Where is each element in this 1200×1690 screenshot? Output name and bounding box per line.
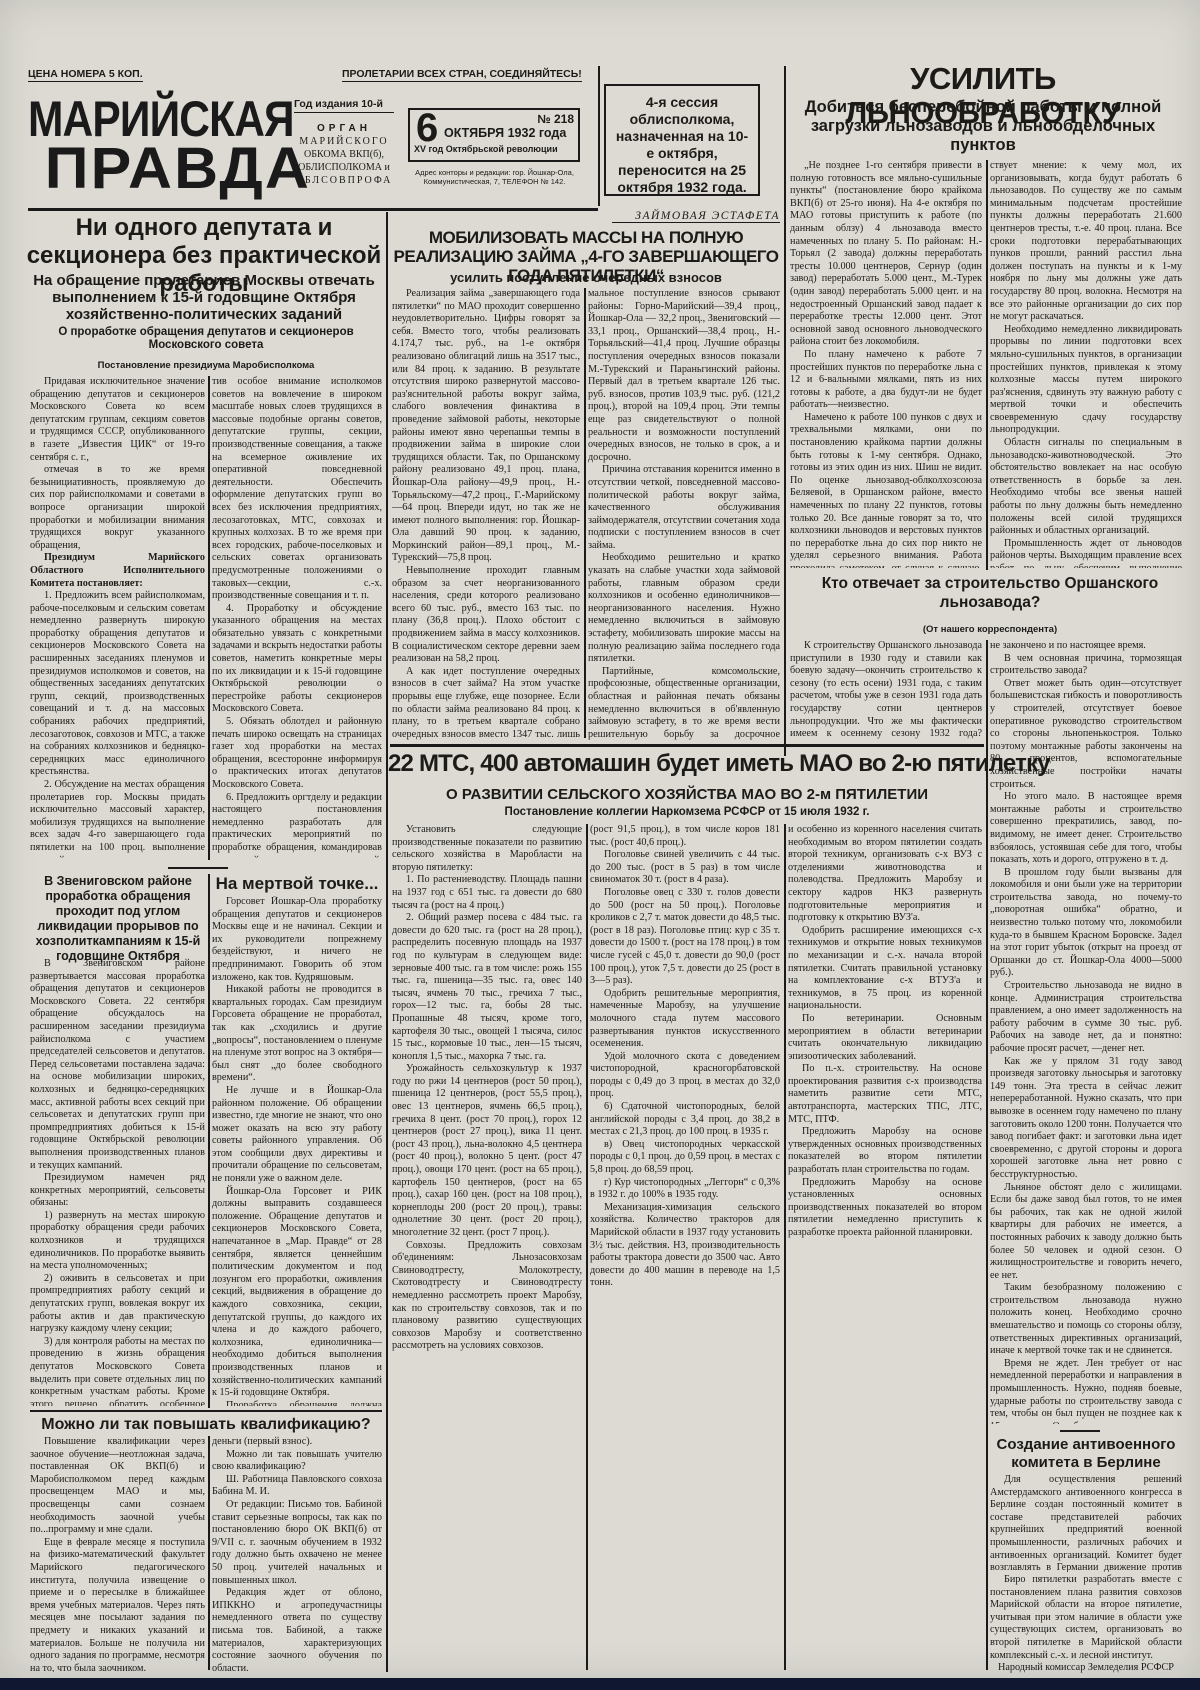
paragraph: Областн сигналы по специальным в льнозав… — [990, 437, 1182, 538]
paragraph: По п.-х. строительству. На основе проект… — [788, 1063, 982, 1126]
paragraph: А как идет поступление очередных взносов… — [392, 666, 580, 740]
loan-subhead: усилить поступление очередных взносов — [390, 270, 782, 285]
loan-column-1: Реализация займа „завершающего года пяти… — [392, 288, 580, 740]
flax-subhead: Добиться бесперебойной работы и полной з… — [792, 98, 1174, 155]
column-rule — [986, 160, 988, 570]
column-rule — [784, 824, 786, 1670]
paragraph: Удой молочного скота с доведением чистоп… — [590, 1051, 780, 1101]
paragraph: Ш. Работница Павловского совхоза Бабина … — [212, 1474, 382, 1499]
paragraph: Предложить Маробзу на основе утвержденны… — [788, 1126, 982, 1176]
paragraph: Строительство льнозавода не видно в конц… — [990, 980, 1182, 1056]
deputies-column-2: тив особое внимание исполкомов советов н… — [212, 376, 382, 858]
organ-line: ОБЛСОВПРОФА — [292, 174, 396, 187]
session-notice: 4-я сессия облисполкома, назначенная на … — [604, 84, 760, 196]
issue-number: № 218 — [537, 112, 574, 126]
paragraph: Поголовье овец с 330 т. голов довести до… — [590, 887, 780, 988]
paragraph: Еще в феврале месяце я поступила на физи… — [30, 1537, 205, 1672]
paragraph: Проработка обращения должна вызвать ожив… — [212, 1400, 382, 1406]
orsha-byline: (От нашего корреспондента) — [800, 624, 1180, 635]
paragraph: отмечая в то же время безынициативность,… — [30, 464, 205, 552]
slogan: ПРОЛЕТАРИИ ВСЕХ СТРАН, СОЕДИНЯЙТЕСЬ! — [342, 68, 582, 82]
paragraph: Намечено к работе 100 пунков с двух и тр… — [790, 412, 982, 568]
paragraph: Невыполнение проходит главным образом за… — [392, 565, 580, 666]
qualification-headline: Можно ли так повышать квалификацию? — [30, 1416, 382, 1434]
paragraph: Президиум Марийского Областного Исполнит… — [30, 552, 205, 590]
section-rule — [30, 1410, 382, 1412]
deputies-subhead: На обращение пролетариев Москвы отвечать… — [26, 272, 382, 323]
qualification-column-2: деньги (первый взнос). Можно ли так повы… — [212, 1436, 382, 1672]
organ-line: ОБЛИСПОЛКОМА и — [292, 161, 396, 174]
paragraph: 2. Общий размер посева с 484 тыс. га дов… — [392, 912, 582, 1063]
paragraph: Необходимо решительно и кратко указать н… — [588, 552, 780, 665]
paragraph: Как же у прялом 31 году завод произведя … — [990, 1056, 1182, 1182]
paragraph: Причина отставания коренится именно в от… — [588, 464, 780, 552]
paragraph: Установить следующие производственные по… — [392, 824, 582, 874]
mts-column-3: и особенно из коренного населения считат… — [788, 824, 982, 1240]
qualification-column-1: Повышение квалификации через заочное обу… — [30, 1436, 205, 1672]
paragraph: 1. Предложить всем райисполкомам, рабоче… — [30, 590, 205, 779]
paragraph: Механизация-химизация сельского хозяйств… — [590, 1202, 780, 1290]
deputies-kicker: О проработке обращения депутатов и секци… — [36, 326, 376, 352]
organ-label: ОРГАН — [292, 122, 396, 135]
paragraph: г) Кур чистопородных „Леггорн“ с 0,3% в … — [590, 1177, 780, 1202]
paragraph: 2) оживить в сельсоветах и при промпредп… — [30, 1273, 205, 1336]
price-label: ЦЕНА НОМЕРА 5 КОП. — [28, 68, 143, 82]
column-rule — [386, 212, 388, 1672]
session-notice-text: 4-я сессия облисполкома, назначенная на … — [606, 86, 758, 204]
paragraph: От редакции: Письмо тов. Бабиной ставит … — [212, 1499, 382, 1587]
paragraph: По ветеринарии. Основным мероприятием в … — [788, 1013, 982, 1063]
paragraph: 2. Обсуждение на местах обращения пролет… — [30, 779, 205, 858]
paragraph: деньги (первый взнос). — [212, 1436, 382, 1449]
berlin-body: Для осуществления решений Амстердамского… — [990, 1474, 1182, 1572]
flax-column-1: „Не позднее 1-го сентября привести в пол… — [790, 160, 982, 568]
headline-divider — [784, 66, 786, 756]
paragraph: Время не ждет. Лен требует от нас немедл… — [990, 1358, 1182, 1424]
organ-block: ОРГАН МАРИЙСКОГО ОБКОМА ВКП(б), ОБЛИСПОЛ… — [292, 122, 396, 187]
mts-subhead: О РАЗВИТИИ СЕЛЬСКОГО ХОЗЯЙСТВА МАО ВО 2-… — [390, 786, 984, 803]
paragraph: тив особое внимание исполкомов советов н… — [212, 376, 382, 603]
loan-rubric: ЗАЙМОВАЯ ЭСТАФЕТА — [612, 210, 780, 223]
page-edge — [0, 1678, 1200, 1690]
paragraph: Йошкар-Ола Горсовет и РИК должны выправи… — [212, 1186, 382, 1400]
signature-name: Муралов. — [990, 1675, 1182, 1676]
paragraph: Предложить Маробзу на основе установленн… — [788, 1177, 982, 1240]
column-rule — [208, 376, 210, 860]
date-box: № 218 6 ОКТЯБРЯ 1932 года XV год Октябрь… — [408, 108, 580, 162]
paragraph: Но этого мало. В настоящее время монтажн… — [990, 791, 1182, 867]
paragraph: Никакой работы не проводится в квартальн… — [212, 984, 382, 1085]
paragraph: не закончено и по настоящее время. — [990, 640, 1182, 653]
paragraph: Биро пятилетки разработать вместе с пост… — [990, 1574, 1182, 1662]
paragraph: Необходимо немедленно ликвидировать прор… — [990, 324, 1182, 437]
organ-line: ОБКОМА ВКП(б), — [292, 148, 396, 161]
masthead-bottom-rule — [28, 208, 598, 211]
paragraph: Реализация займа „завершающего года пяти… — [392, 288, 580, 565]
paragraph: Можно ли так повышать учителю свою квали… — [212, 1449, 382, 1474]
paragraph: Партийные, комсомольские, профсоюзные, о… — [588, 666, 780, 740]
paragraph: 1) развернуть на местах широкую проработ… — [30, 1210, 205, 1273]
mts-column-4: Биро пятилетки разработать вместе с пост… — [990, 1574, 1182, 1676]
column-rule — [586, 824, 588, 1670]
mts-column-1: Установить следующие производственные по… — [392, 824, 582, 1353]
paragraph: Горсовет Йошкар-Ола проработку обращения… — [212, 896, 382, 984]
mts-decree: Постановление коллегии Наркомзема РСФСР … — [390, 806, 984, 818]
paragraph: По плану намечено к работе 7 простейших … — [790, 349, 982, 412]
masthead-divider — [598, 66, 600, 206]
paragraph: 5. Обязать облотдел и районную печать ши… — [212, 716, 382, 792]
paragraph: Таким безобразному положению с строитель… — [990, 1282, 1182, 1358]
paragraph: ствует мнение: к чему мол, их организовы… — [990, 160, 1182, 324]
deputies-decree: Постановление президиума Маробисполкома — [36, 360, 376, 371]
section-rule — [390, 744, 984, 747]
paragraph: Президиумом намечен ряд конкретных мероп… — [30, 1172, 205, 1210]
paragraph: В чем основная причина, тормозящая строи… — [990, 653, 1182, 678]
orsha-headline: Кто отвечает за строительство Оршанского… — [800, 574, 1180, 612]
paragraph: „Не позднее 1-го сентября привести в пол… — [790, 160, 982, 349]
short-rule — [1060, 1430, 1100, 1432]
column-rule — [208, 874, 210, 1408]
paragraph: (рост 91,5 проц.), в том числе коров 181… — [590, 824, 780, 849]
date-month-year: ОКТЯБРЯ 1932 года — [444, 126, 566, 140]
paragraph: Одобрить расширение имеющихся с-х техник… — [788, 925, 982, 1013]
paragraph: и особенно из коренного населения считат… — [788, 824, 982, 925]
paragraph: Поголовье свиней увеличить с 44 тыс. до … — [590, 849, 780, 887]
paragraph: 3) для контроля работы на местах по пров… — [30, 1336, 205, 1406]
flax-column-2: ствует мнение: к чему мол, их организовы… — [990, 160, 1182, 568]
zvenigovo-headline: В Звениговском районе проработка обращен… — [30, 874, 206, 964]
paragraph: К строительству Оршанского льнозавода пр… — [790, 640, 982, 740]
orsha-column-1: К строительству Оршанского льнозавода пр… — [790, 640, 982, 740]
column-rule — [986, 640, 988, 1670]
deputies-column-1: Придавая исключительное значение обращен… — [30, 376, 205, 858]
berlin-headline: Создание антивоенного комитета в Берлине — [990, 1436, 1182, 1472]
paragraph: 6. Предложить оргтделу и редакции настоя… — [212, 792, 382, 858]
paragraph: Урожайность сельхозкультур к 1937 году п… — [392, 1063, 582, 1239]
paragraph: мальное поступление взносов срывают райо… — [588, 288, 780, 464]
paragraph: В прошлом году были вызваны для локомоби… — [990, 867, 1182, 980]
paragraph: Совхозы. Предложить совхозам об'единения… — [392, 1240, 582, 1353]
revolution-year: XV год Октябрьской революции — [414, 144, 558, 154]
editorial-address: Адрес конторы и редакции: гор. Йошкар-Ол… — [412, 168, 577, 186]
paragraph: Одобрить решительные мероприятия, намече… — [590, 988, 780, 1051]
organ-line: МАРИЙСКОГО — [292, 135, 396, 148]
mts-column-2: (рост 91,5 проц.), в том числе коров 181… — [590, 824, 780, 1290]
paragraph: Не лучше и в Йошкар-Ола районном положен… — [212, 1085, 382, 1186]
short-rule — [168, 867, 228, 869]
signature-title: Народный комиссар Земледелия РСФСР — [990, 1662, 1182, 1675]
paragraph: Для осуществления решений Амстердамского… — [990, 1474, 1182, 1572]
mts-headline: 22 МТС, 400 автомашин будет иметь МАО во… — [388, 750, 984, 778]
paragraph: 1. По растениеводству. Площадь пашни на … — [392, 874, 582, 912]
year-label: Год издания 10-й — [294, 98, 394, 113]
paragraph: Повышение квалификации через заочное обу… — [30, 1436, 205, 1537]
paragraph: В Звениговском районе развертывается мас… — [30, 958, 205, 1172]
column-rule — [584, 288, 586, 738]
paragraph: Придавая исключительное значение обращен… — [30, 376, 205, 464]
paragraph: 4. Проработку и обсуждение указанного об… — [212, 603, 382, 716]
deadpoint-body: Горсовет Йошкар-Ола проработку обращения… — [212, 896, 382, 1406]
paragraph: 6) Сдаточной чистопородных, белой англий… — [590, 1101, 780, 1139]
paragraph: в) Овец чистопородных черкасской породы … — [590, 1139, 780, 1177]
column-rule — [208, 1436, 210, 1670]
loan-column-2: мальное поступление взносов срывают райо… — [588, 288, 780, 740]
newspaper-page: ЦЕНА НОМЕРА 5 КОП. ПРОЛЕТАРИИ ВСЕХ СТРАН… — [0, 0, 1200, 1678]
paragraph: Промышленность ждет от льноводов районов… — [990, 538, 1182, 568]
zvenigovo-body: В Звениговском районе развертывается мас… — [30, 958, 205, 1406]
deadpoint-headline: На мертвой точке... — [212, 874, 382, 894]
paragraph: Редакция ждет от облоно, ИПККНО и агропе… — [212, 1587, 382, 1672]
paragraph: Льняное обстоят дело с жилищами. Если бы… — [990, 1182, 1182, 1283]
